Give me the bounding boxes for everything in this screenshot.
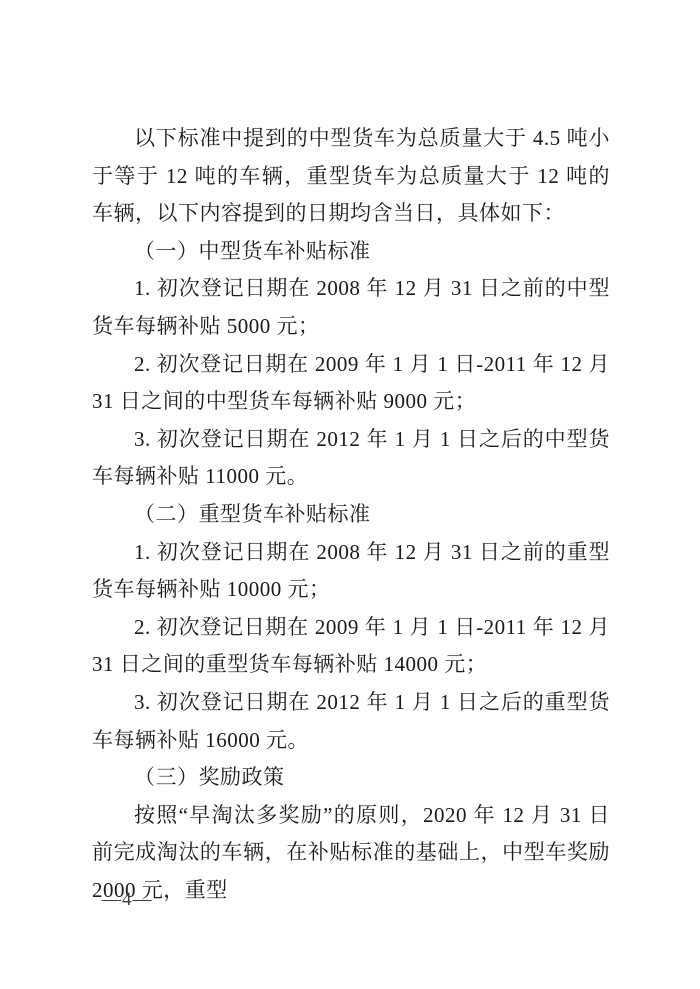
document-page: 以下标准中提到的中型货车为总质量大于 4.5 吨小于等于 12 吨的车辆，重型货… [0,0,700,989]
section-heading: （二）重型货车补贴标准 [92,496,610,534]
document-body: 以下标准中提到的中型货车为总质量大于 4.5 吨小于等于 12 吨的车辆，重型货… [92,120,610,909]
paragraph: 以下标准中提到的中型货车为总质量大于 4.5 吨小于等于 12 吨的车辆，重型货… [92,120,610,233]
page-number: —4— [102,889,153,911]
paragraph: 1. 初次登记日期在 2008 年 12 月 31 日之前的重型货车每辆补贴 1… [92,534,610,609]
section-heading: （三）奖励政策 [92,759,610,797]
paragraph: 2. 初次登记日期在 2009 年 1 月 1 日-2011 年 12 月 31… [92,346,610,421]
paragraph: 2. 初次登记日期在 2009 年 1 月 1 日-2011 年 12 月 31… [92,609,610,684]
paragraph: 按照“早淘汰多奖励”的原则，2020 年 12 月 31 日前完成淘汰的车辆，在… [92,797,610,910]
paragraph: 3. 初次登记日期在 2012 年 1 月 1 日之后的重型货车每辆补贴 160… [92,684,610,759]
section-heading: （一）中型货车补贴标准 [92,233,610,271]
paragraph: 1. 初次登记日期在 2008 年 12 月 31 日之前的中型货车每辆补贴 5… [92,270,610,345]
paragraph: 3. 初次登记日期在 2012 年 1 月 1 日之后的中型货车每辆补贴 110… [92,421,610,496]
